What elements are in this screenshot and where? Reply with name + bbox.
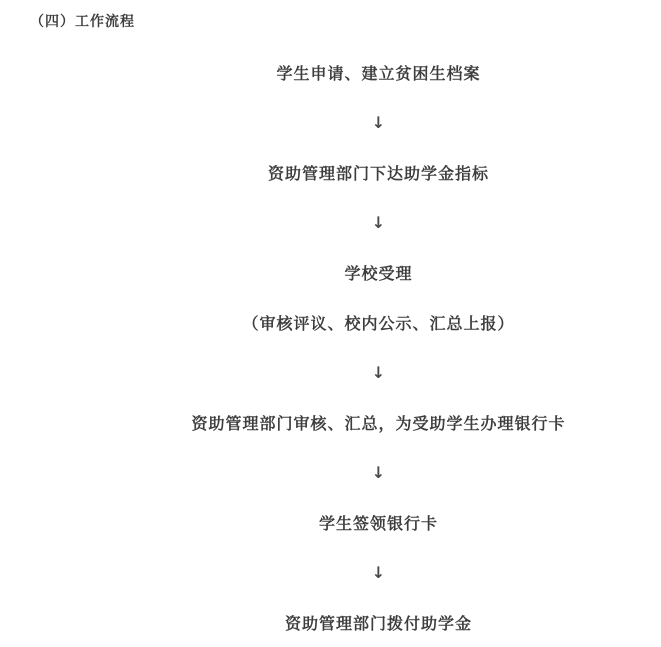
down-arrow-icon: ↓ xyxy=(95,347,661,397)
workflow-flowchart: 学生申请、建立贫困生档案 ↓ 资助管理部门下达助学金指标 ↓ 学校受理 （审核评… xyxy=(95,47,661,647)
document-page: （四）工作流程 学生申请、建立贫困生档案 ↓ 资助管理部门下达助学金指标 ↓ 学… xyxy=(0,0,661,647)
flow-step-disburse-grant: 资助管理部门拨付助学金 xyxy=(95,597,661,647)
flow-step-school-acceptance: 学校受理 xyxy=(95,247,661,297)
flow-step-issue-grant-quota: 资助管理部门下达助学金指标 xyxy=(95,147,661,197)
flow-note-review-publicity: （审核评议、校内公示、汇总上报） xyxy=(95,297,661,347)
down-arrow-icon: ↓ xyxy=(95,97,661,147)
flow-step-student-sign-card: 学生签领银行卡 xyxy=(95,497,661,547)
down-arrow-icon: ↓ xyxy=(95,447,661,497)
section-heading: （四）工作流程 xyxy=(30,11,135,31)
flow-step-review-bank-card: 资助管理部门审核、汇总，为受助学生办理银行卡 xyxy=(95,397,661,447)
flow-step-student-application: 学生申请、建立贫困生档案 xyxy=(95,47,661,97)
down-arrow-icon: ↓ xyxy=(95,197,661,247)
down-arrow-icon: ↓ xyxy=(95,547,661,597)
